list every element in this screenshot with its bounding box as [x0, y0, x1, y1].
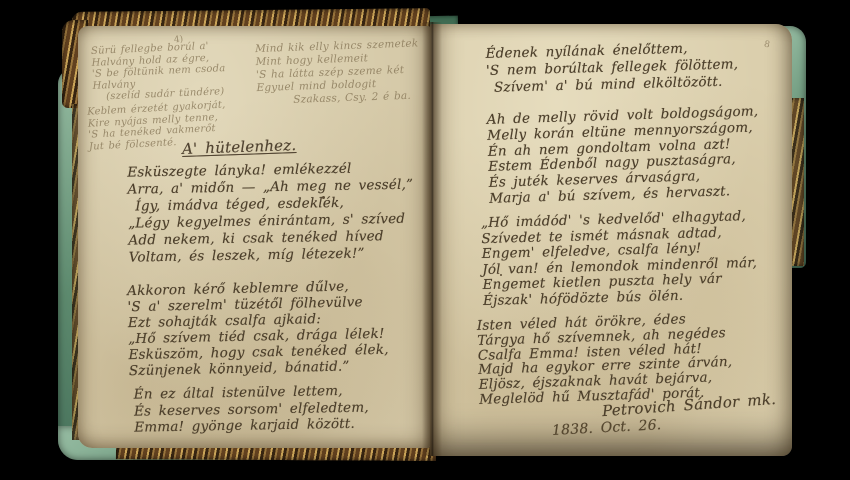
- poem-stanza-1: Esküszegte lányka! emlékezzél Arra, a' m…: [127, 159, 429, 266]
- poem-date: 1838. Oct. 26.: [552, 417, 662, 439]
- album-entry-1: Sürü fellegbe borúl a' Halvány hold az é…: [91, 38, 273, 103]
- ink-speck: [322, 196, 325, 199]
- right-page: 8 Édenek nyílának énelőttem, 'S nem ború…: [430, 24, 792, 456]
- left-page: 4) Sürü fellegbe borúl a' Halvány hold a…: [78, 26, 430, 448]
- poem-stanza-2: Akkoron kérő keblemre dűlve, 'S a' szere…: [127, 277, 429, 379]
- poem-stanza-4: Édenek nyílának énelőttem, 'S nem borúlt…: [485, 38, 786, 97]
- photo-background: { "scene": { "background_color": "#00000…: [0, 0, 850, 480]
- poem-title: A' hütelenhez.: [182, 136, 297, 158]
- album-entry-3: Mind kik elly kincs szemetek Mint hogy k…: [255, 37, 437, 108]
- poem-stanza-5: Ah de melly rövid volt boldogságom, Mell…: [487, 103, 800, 207]
- ink-speck: [220, 372, 222, 374]
- poem-stanza-3: Én ez által istenülve lettem, És keserve…: [134, 381, 435, 436]
- binding-gutter-shadow: [422, 22, 442, 456]
- poem-stanza-6: „Hő imádód' 's kedvelőd' elhagytad, Szív…: [481, 208, 793, 309]
- ink-speck: [500, 274, 502, 276]
